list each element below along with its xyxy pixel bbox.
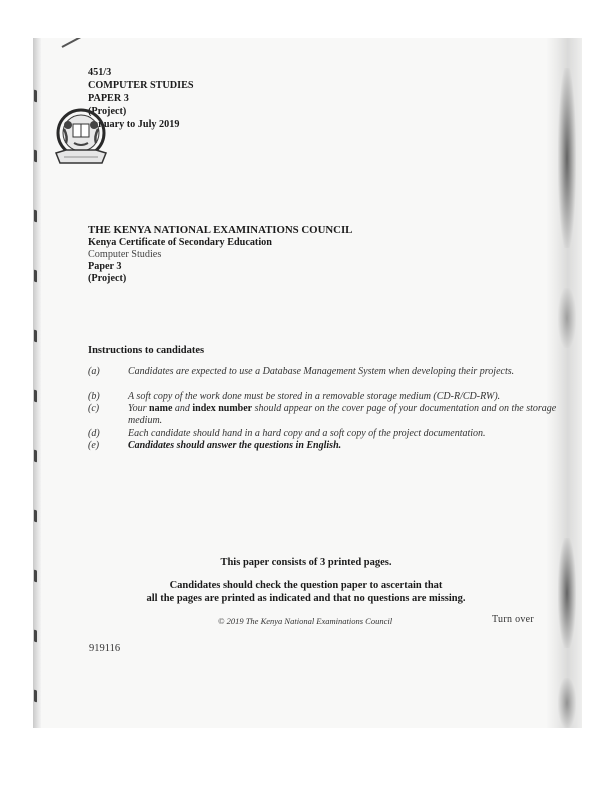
pages-note: This paper consists of 3 printed pages.: [0, 557, 612, 568]
scan-smudge: [558, 68, 576, 248]
instruction-label: (c): [88, 403, 118, 415]
paper-type-label: (Project): [88, 273, 126, 286]
turn-over: Turn over: [492, 614, 534, 625]
instruction-label: (b): [88, 391, 118, 403]
subject-name: Computer Studies: [88, 249, 161, 262]
emphasis-index-number: index number: [192, 403, 252, 414]
instruction-text: Candidates are expected to use a Databas…: [128, 366, 568, 378]
certificate-name: Kenya Certificate of Secondary Education: [88, 237, 272, 250]
council-name: THE KENYA NATIONAL EXAMINATIONS COUNCIL: [88, 224, 352, 237]
instruction-item: (e) Candidates should answer the questio…: [88, 440, 568, 453]
instruction-text: Candidates should answer the questions i…: [128, 440, 568, 452]
instruction-item: (a) Candidates are expected to use a Dat…: [88, 366, 568, 392]
instructions-title: Instructions to candidates: [88, 345, 204, 356]
check-note-line2: all the pages are printed as indicated a…: [0, 593, 612, 604]
binding-mark: [34, 629, 37, 642]
paper-number: PAPER 3: [88, 93, 129, 106]
binding-mark: [34, 389, 37, 402]
serial-number: 919116: [89, 643, 120, 654]
copyright: © 2019 The Kenya National Examinations C…: [218, 616, 392, 626]
scan-smudge: [558, 678, 576, 728]
instruction-label: (e): [88, 440, 118, 452]
scan-shadow-left: [33, 38, 41, 728]
instruction-text: Your name and index number should appear…: [128, 403, 568, 428]
subject-title: COMPUTER STUDIES: [88, 80, 194, 93]
binding-mark: [34, 689, 37, 702]
emphasis-name: name: [149, 403, 172, 414]
paper-code: 451/3: [88, 67, 111, 80]
binding-mark: [34, 329, 37, 342]
instruction-item: (c) Your name and index number should ap…: [88, 403, 568, 429]
binding-mark: [34, 149, 37, 162]
binding-mark: [34, 449, 37, 462]
binding-mark: [34, 269, 37, 282]
scan-smudge: [558, 288, 576, 348]
paper-label: Paper 3: [88, 261, 121, 274]
pen-mark: [62, 38, 95, 48]
binding-mark: [34, 209, 37, 222]
binding-mark: [34, 89, 37, 102]
instruction-text: A soft copy of the work done must be sto…: [128, 391, 568, 403]
instruction-label: (d): [88, 428, 118, 440]
check-note-line1: Candidates should check the question pap…: [0, 580, 612, 591]
binding-mark: [34, 509, 37, 522]
knec-crest-icon: [52, 107, 110, 169]
instruction-text: Each candidate should hand in a hard cop…: [128, 428, 568, 440]
instruction-label: (a): [88, 366, 118, 378]
